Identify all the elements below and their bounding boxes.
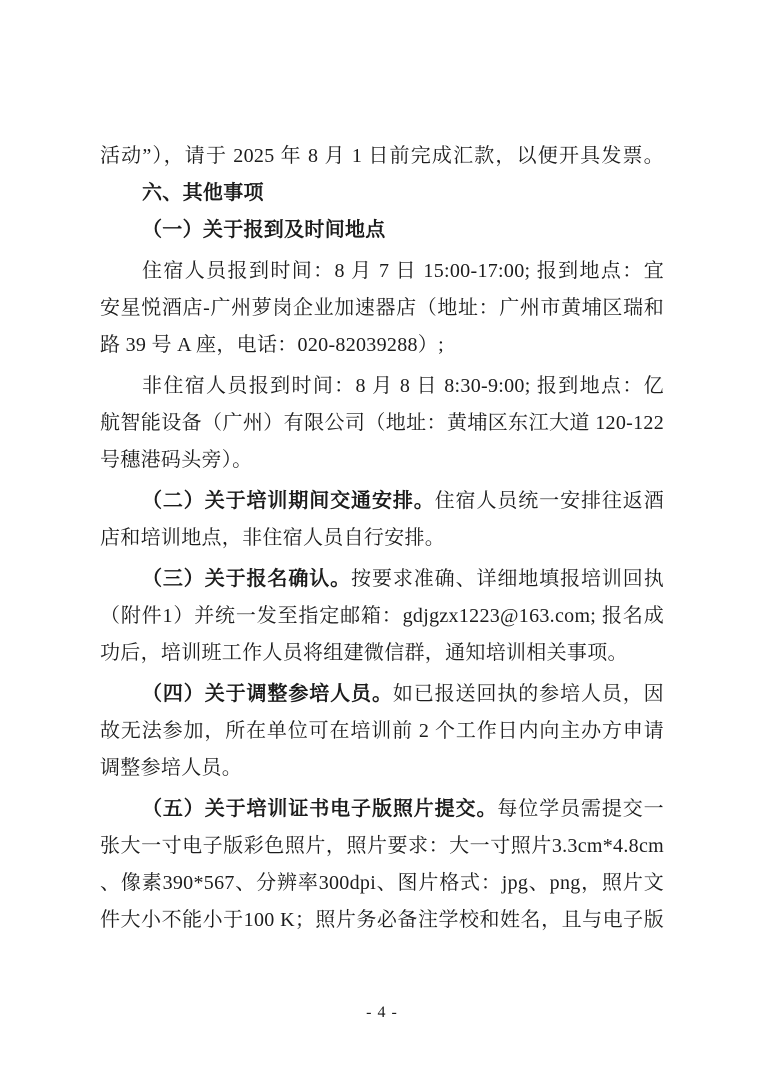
body-text: 活动”），请于 2025 年 8 月 1 日前完成汇款，以便开具发票。 [100, 145, 664, 167]
body-text: 航智能设备（广州）有限公司（地址：黄埔区东江大道 120-122 [100, 412, 664, 434]
body-text: （附件1）并统一发至指定邮箱：gdjgzx1223@163.com; 报名成 [100, 605, 664, 627]
document-line: 店和培训地点，非住宿人员自行安排。 [100, 520, 664, 557]
body-text: 店和培训地点，非住宿人员自行安排。 [100, 527, 445, 549]
document-line: 故无法参加，所在单位可在培训前 2 个工作日内向主办方申请 [100, 713, 664, 750]
heading-text: （一）关于报到及时间地点 [142, 219, 386, 241]
body-text: 安星悦酒店-广州萝岗企业加速器店（地址：广州市黄埔区瑞和 [100, 297, 664, 319]
document-line: 件大小不能小于100 K；照片务必备注学校和姓名，且与电子版 [100, 902, 664, 939]
document-line: （四）关于调整参培人员。如已报送回执的参培人员，因 [100, 676, 664, 713]
document-line: （一）关于报到及时间地点 [100, 212, 664, 249]
document-line: 张大一寸电子版彩色照片，照片要求：大一寸照片3.3cm*4.8cm [100, 828, 664, 865]
body-text: 每位学员需提交一 [497, 798, 664, 820]
body-text: 路 39 号 A 座，电话：020-82039288）; [100, 334, 444, 356]
body-text: 非住宿人员报到时间：8 月 8 日 8:30-9:00; 报到地点：亿 [142, 375, 664, 397]
document-line: （附件1）并统一发至指定邮箱：gdjgzx1223@163.com; 报名成 [100, 598, 664, 635]
body-text: 张大一寸电子版彩色照片，照片要求：大一寸照片3.3cm*4.8cm [100, 835, 664, 857]
document-line: 六、其他事项 [100, 175, 664, 212]
document-content: 活动”），请于 2025 年 8 月 1 日前完成汇款，以便开具发票。六、其他事… [100, 138, 664, 939]
document-line: 活动”），请于 2025 年 8 月 1 日前完成汇款，以便开具发票。 [100, 138, 664, 175]
heading-text: （二）关于培训期间交通安排。 [142, 490, 435, 512]
document-line: （三）关于报名确认。按要求准确、详细地填报培训回执 [100, 561, 664, 598]
body-text: 功后，培训班工作人员将组建微信群，通知培训相关事项。 [100, 642, 628, 664]
document-line: 航智能设备（广州）有限公司（地址：黄埔区东江大道 120-122 [100, 405, 664, 442]
document-line: 非住宿人员报到时间：8 月 8 日 8:30-9:00; 报到地点：亿 [100, 368, 664, 405]
document-line: 住宿人员报到时间：8 月 7 日 15:00-17:00; 报到地点：宜 [100, 253, 664, 290]
body-text: 故无法参加，所在单位可在培训前 2 个工作日内向主办方申请 [100, 720, 664, 742]
document-line: 、像素390*567、分辨率300dpi、图片格式：jpg、png，照片文 [100, 865, 664, 902]
body-text: 住宿人员报到时间：8 月 7 日 15:00-17:00; 报到地点：宜 [142, 260, 664, 282]
document-line: （五）关于培训证书电子版照片提交。每位学员需提交一 [100, 791, 664, 828]
body-text: 按要求准确、详细地填报培训回执 [351, 568, 664, 590]
document-page: 活动”），请于 2025 年 8 月 1 日前完成汇款，以便开具发票。六、其他事… [0, 0, 764, 1080]
document-line: 路 39 号 A 座，电话：020-82039288）; [100, 327, 664, 364]
page-number: - 4 - [0, 1004, 764, 1022]
heading-text: （四）关于调整参培人员。 [142, 683, 393, 705]
document-line: （二）关于培训期间交通安排。住宿人员统一安排往返酒 [100, 483, 664, 520]
body-text: 号穗港码头旁）。 [100, 449, 252, 471]
document-line: 调整参培人员。 [100, 750, 664, 787]
document-line: 号穗港码头旁）。 [100, 442, 664, 479]
body-text: 件大小不能小于100 K；照片务必备注学校和姓名，且与电子版 [100, 909, 664, 931]
document-line: 安星悦酒店-广州萝岗企业加速器店（地址：广州市黄埔区瑞和 [100, 290, 664, 327]
body-text: 住宿人员统一安排往返酒 [435, 490, 664, 512]
heading-text: 六、其他事项 [142, 182, 264, 204]
body-text: 调整参培人员。 [100, 757, 242, 779]
heading-text: （三）关于报名确认。 [142, 568, 351, 590]
body-text: 如已报送回执的参培人员，因 [393, 683, 664, 705]
document-line: 功后，培训班工作人员将组建微信群，通知培训相关事项。 [100, 635, 664, 672]
body-text: 、像素390*567、分辨率300dpi、图片格式：jpg、png，照片文 [100, 872, 664, 894]
heading-text: （五）关于培训证书电子版照片提交。 [142, 798, 497, 820]
